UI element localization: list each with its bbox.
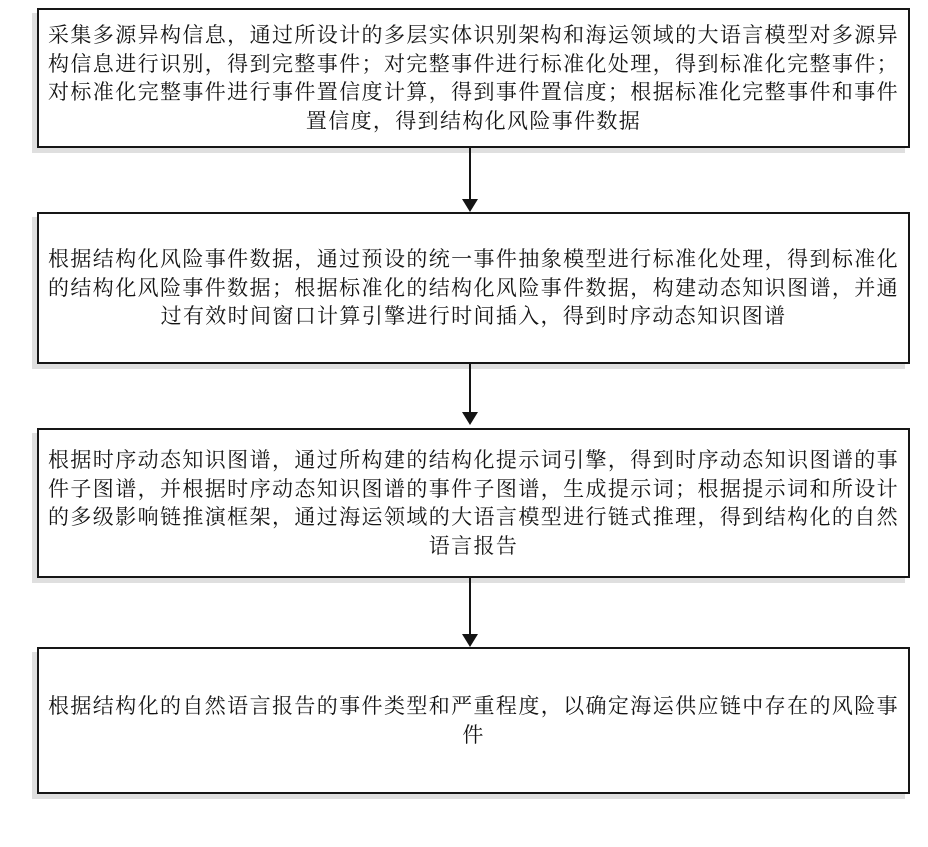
arrow-head <box>462 634 478 647</box>
down-arrow-icon <box>462 364 478 425</box>
down-arrow-icon <box>462 148 478 212</box>
flow-step-1-text: 采集多源异构信息，通过所设计的多层实体识别架构和海运领域的大语言模型对多源异构信… <box>39 21 908 135</box>
arrow-shaft <box>469 578 471 635</box>
down-arrow-icon <box>462 578 478 647</box>
arrow-shaft <box>469 364 471 413</box>
flow-step-4-text: 根据结构化的自然语言报告的事件类型和严重程度，以确定海运供应链中存在的风险事件 <box>39 692 908 749</box>
flow-step-2-text: 根据结构化风险事件数据，通过预设的统一事件抽象模型进行标准化处理，得到标准化的结… <box>39 245 908 331</box>
flow-step-3-text: 根据时序动态知识图谱，通过所构建的结构化提示词引擎，得到时序动态知识图谱的事件子… <box>39 446 908 560</box>
flow-step-1: 采集多源异构信息，通过所设计的多层实体识别架构和海运领域的大语言模型对多源异构信… <box>37 8 910 148</box>
flow-step-3: 根据时序动态知识图谱，通过所构建的结构化提示词引擎，得到时序动态知识图谱的事件子… <box>37 428 910 578</box>
flowchart: 采集多源异构信息，通过所设计的多层实体识别架构和海运领域的大语言模型对多源异构信… <box>0 0 928 847</box>
arrow-head <box>462 199 478 212</box>
arrow-shaft <box>469 148 471 200</box>
flow-step-4: 根据结构化的自然语言报告的事件类型和严重程度，以确定海运供应链中存在的风险事件 <box>37 647 910 794</box>
arrow-head <box>462 412 478 425</box>
flow-step-2: 根据结构化风险事件数据，通过预设的统一事件抽象模型进行标准化处理，得到标准化的结… <box>37 212 910 364</box>
